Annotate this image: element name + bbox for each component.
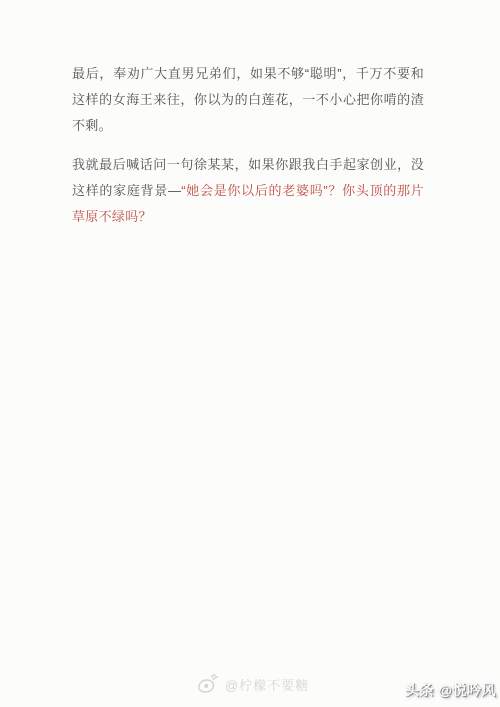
highlighted-text: “她会是你以后的老婆吗”？你头顶的那片 — [181, 183, 424, 198]
highlighted-text: 草原不绿吗？ — [72, 209, 152, 224]
body-text: 这样的女海王来往，你以为的白莲花，一不小心把你啃的渣都 — [72, 92, 424, 113]
page: 最后，奉劝广大直男兄弟们，如果不够“聪明”，千万不要和这样的女海王来往，你以为的… — [0, 0, 500, 707]
text-line: 这样的女海王来往，你以为的白莲花，一不小心把你啃的渣都 — [72, 87, 424, 113]
text-line: 我就最后喊话问一句徐某某，如果你跟我白手起家创业，没有 — [72, 152, 424, 178]
body-text: 不剩。 — [72, 118, 112, 133]
weibo-watermark: @柠檬不要糖 — [196, 672, 309, 696]
text-line: 这样的家庭背景—“她会是你以后的老婆吗”？你头顶的那片 — [72, 178, 424, 204]
paragraph: 我就最后喊话问一句徐某某，如果你跟我白手起家创业，没有这样的家庭背景—“她会是你… — [72, 152, 424, 230]
body-text: 我就最后喊话问一句徐某某，如果你跟我白手起家创业，没有 — [72, 157, 424, 178]
text-line: 最后，奉劝广大直男兄弟们，如果不够“聪明”，千万不要和 — [72, 61, 424, 87]
toutiao-watermark: 头条 @悦吟风 — [405, 680, 496, 700]
text-line: 草原不绿吗？ — [72, 204, 424, 230]
body-text: 这样的家庭背景— — [72, 183, 181, 198]
text-line: 不剩。 — [72, 113, 424, 139]
paragraph: 最后，奉劝广大直男兄弟们，如果不够“聪明”，千万不要和这样的女海王来往，你以为的… — [72, 61, 424, 139]
weibo-logo-icon — [196, 675, 220, 694]
body-text: 最后，奉劝广大直男兄弟们，如果不够“聪明”，千万不要和 — [72, 66, 424, 81]
weibo-handle: @柠檬不要糖 — [225, 675, 309, 694]
article: 最后，奉劝广大直男兄弟们，如果不够“聪明”，千万不要和这样的女海王来往，你以为的… — [72, 61, 424, 243]
